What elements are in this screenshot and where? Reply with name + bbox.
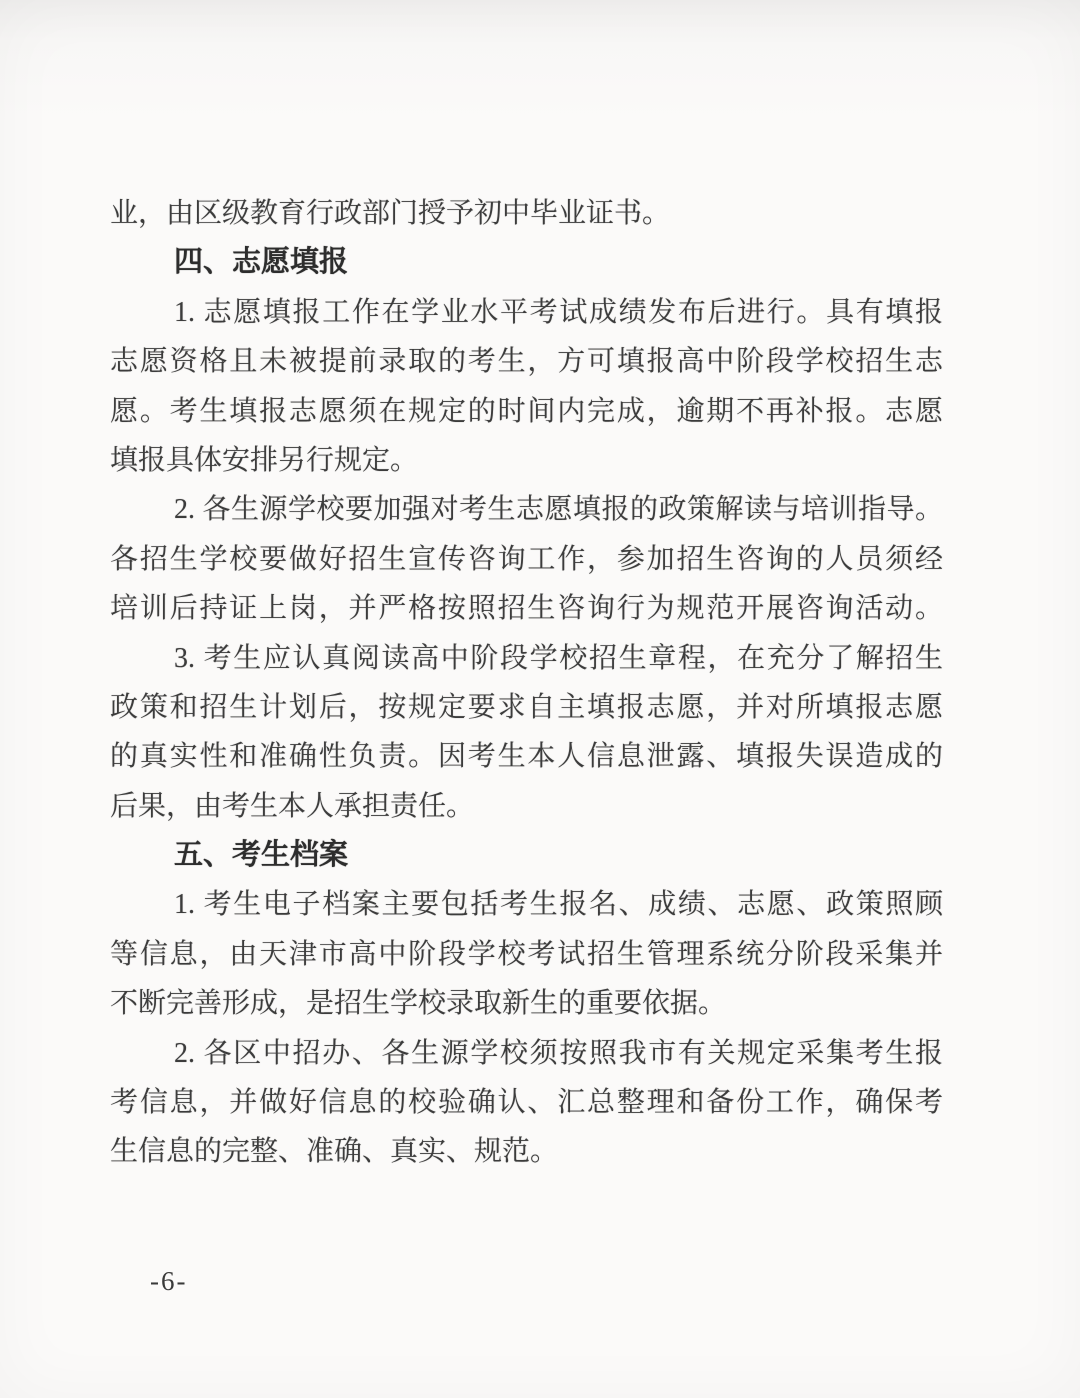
text-line: 政策和招生计划后，按规定要求自主填报志愿，并对所填报志愿 — [110, 683, 943, 732]
text-line: 3. 考生应认真阅读高中阶段学校招生章程，在充分了解招生 — [110, 634, 943, 683]
text-line: 后果，由考生本人承担责任。 — [110, 782, 943, 831]
text-line: 1. 志愿填报工作在学业水平考试成绩发布后进行。具有填报 — [110, 288, 943, 337]
text-line: 各招生学校要做好招生宣传咨询工作，参加招生咨询的人员须经 — [110, 535, 943, 584]
page-number: -6- — [150, 1264, 187, 1298]
text-line: 志愿资格且未被提前录取的考生，方可填报高中阶段学校招生志 — [110, 337, 943, 386]
text-line: 1. 考生电子档案主要包括考生报名、成绩、志愿、政策照顾 — [110, 880, 943, 929]
section-heading-4: 四、志愿填报 — [110, 238, 943, 287]
text-line: 考信息，并做好信息的校验确认、汇总整理和备份工作，确保考 — [110, 1078, 943, 1127]
text-line: 生信息的完整、准确、真实、规范。 — [110, 1127, 943, 1176]
section-heading-5: 五、考生档案 — [110, 831, 943, 880]
text-line: 填报具体安排另行规定。 — [110, 436, 943, 485]
text-line: 等信息，由天津市高中阶段学校考试招生管理系统分阶段采集并 — [110, 930, 943, 979]
text-line: 业，由区级教育行政部门授予初中毕业证书。 — [110, 189, 943, 238]
document-body: 业，由区级教育行政部门授予初中毕业证书。 四、志愿填报 1. 志愿填报工作在学业… — [110, 189, 943, 1177]
text-line: 愿。考生填报志愿须在规定的时间内完成，逾期不再补报。志愿 — [110, 387, 943, 436]
text-line: 2. 各生源学校要加强对考生志愿填报的政策解读与培训指导。 — [110, 485, 943, 534]
document-page: 业，由区级教育行政部门授予初中毕业证书。 四、志愿填报 1. 志愿填报工作在学业… — [0, 0, 1080, 1398]
text-line: 不断完善形成，是招生学校录取新生的重要依据。 — [110, 979, 943, 1028]
text-line: 2. 各区中招办、各生源学校须按照我市有关规定采集考生报 — [110, 1029, 943, 1078]
text-line: 的真实性和准确性负责。因考生本人信息泄露、填报失误造成的 — [110, 732, 943, 781]
text-line: 培训后持证上岗，并严格按照招生咨询行为规范开展咨询活动。 — [110, 584, 943, 633]
